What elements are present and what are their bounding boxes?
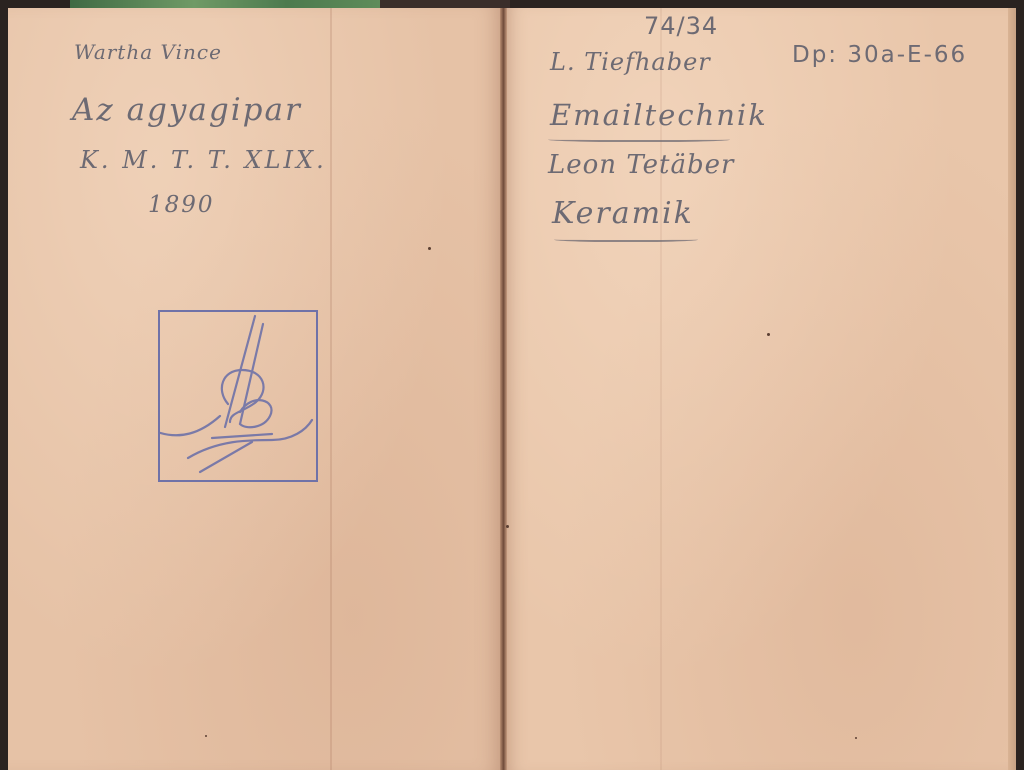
shelfmark-top: 74/34 xyxy=(644,12,718,40)
call-number: Dp: 30a-E-66 xyxy=(792,42,967,68)
paper-speck xyxy=(205,735,207,737)
paper-speck xyxy=(855,737,857,739)
paper-speck xyxy=(506,525,509,528)
title-underline xyxy=(548,136,730,142)
note-author-right-1: L. Tiefhaber xyxy=(550,48,711,76)
note-title-right-1: Emailtechnik xyxy=(550,98,768,132)
note-author-right-2: Leon Tetäber xyxy=(548,150,734,180)
monogram-icon xyxy=(160,312,316,480)
note-series-left: K. M. T. T. XLIX. xyxy=(80,146,327,174)
title-underline xyxy=(554,236,698,242)
page-block-edge xyxy=(1008,8,1016,770)
paper-fold-line xyxy=(330,8,332,770)
paper-speck xyxy=(767,333,770,336)
note-year-left: 1890 xyxy=(148,192,215,218)
note-author-left: Wartha Vince xyxy=(74,40,222,64)
monogram-stamp xyxy=(158,310,318,482)
note-title-right-2: Keramik xyxy=(552,196,694,231)
paper-speck xyxy=(428,247,431,250)
book-scan: Wartha Vince Az agyagipar K. M. T. T. XL… xyxy=(0,0,1024,770)
note-title-left: Az agyagipar xyxy=(72,92,302,128)
book-gutter xyxy=(500,8,507,770)
